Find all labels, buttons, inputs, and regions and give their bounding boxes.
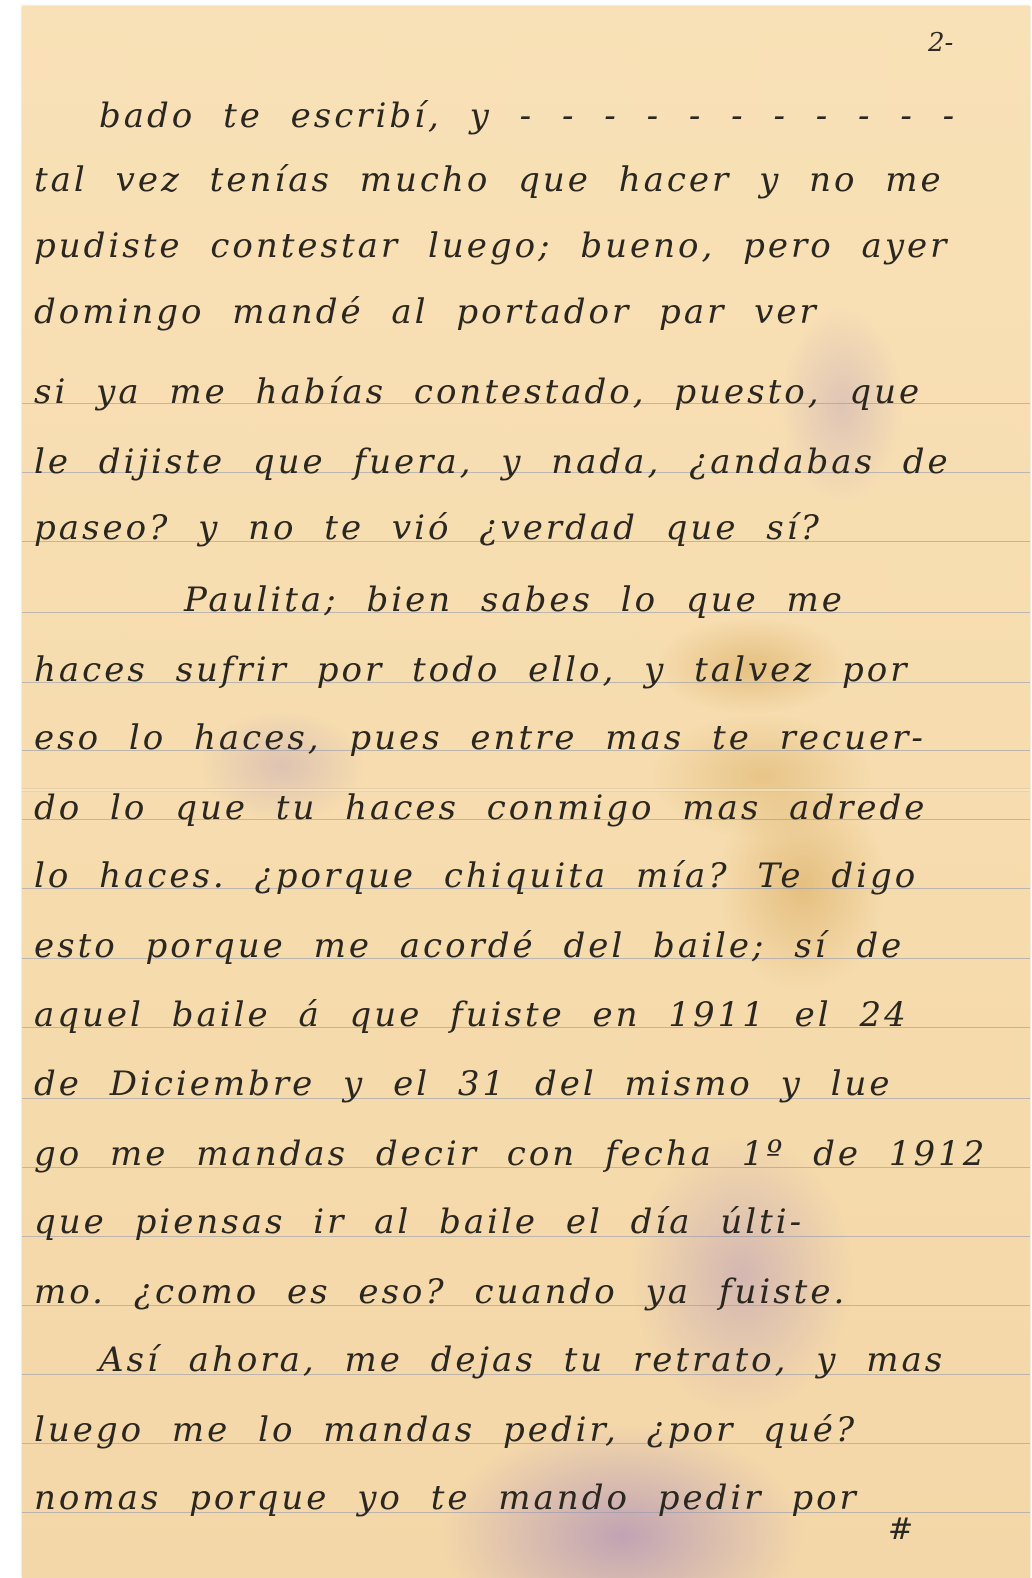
salutation-line: Paulita; bien sabes lo que me — [34, 580, 1032, 620]
text-line: eso lo haces, pues entre mas te recuer- — [34, 718, 1014, 758]
end-mark: # — [888, 1512, 913, 1547]
text-line: tal vez tenías mucho que hacer y no me — [34, 160, 1014, 200]
text-line: le dijiste que fuera, y nada, ¿andabas d… — [34, 442, 1014, 482]
text-line: que piensas ir al baile el día últi- — [34, 1202, 1014, 1242]
text-line: nomas porque yo te mando pedir por — [34, 1478, 1014, 1518]
text-line: pudiste contestar luego; bueno, pero aye… — [34, 226, 1014, 266]
text-line: go me mandas decir con fecha 1º de 1912 — [34, 1134, 1014, 1174]
text-line: Así ahora, me dejas tu retrato, y mas — [34, 1340, 1032, 1380]
text-line: mo. ¿como es eso? cuando ya fuiste. — [34, 1272, 1014, 1312]
text-line: bado te escribí, y - - - - - - - - - - - — [34, 96, 1032, 136]
text-line: haces sufrir por todo ello, y talvez por — [34, 650, 1014, 690]
text-line: de Diciembre y el 31 del mismo y lue — [34, 1064, 1014, 1104]
text-line: do lo que tu haces conmigo mas adrede — [34, 788, 1014, 828]
page-number: 2- — [928, 28, 953, 58]
text-line: paseo? y no te vió ¿verdad que sí? — [34, 508, 1014, 548]
text-line: luego me lo mandas pedir, ¿por qué? — [34, 1410, 1014, 1450]
text-line: esto porque me acordé del baile; sí de — [34, 926, 1014, 966]
text-line: domingo mandé al portador par ver — [34, 292, 1014, 332]
text-line: lo haces. ¿porque chiquita mía? Te digo — [34, 856, 1014, 896]
text-line: aquel baile á que fuiste en 1911 el 24 — [34, 995, 1014, 1035]
text-line: si ya me habías contestado, puesto, que — [34, 372, 1014, 412]
